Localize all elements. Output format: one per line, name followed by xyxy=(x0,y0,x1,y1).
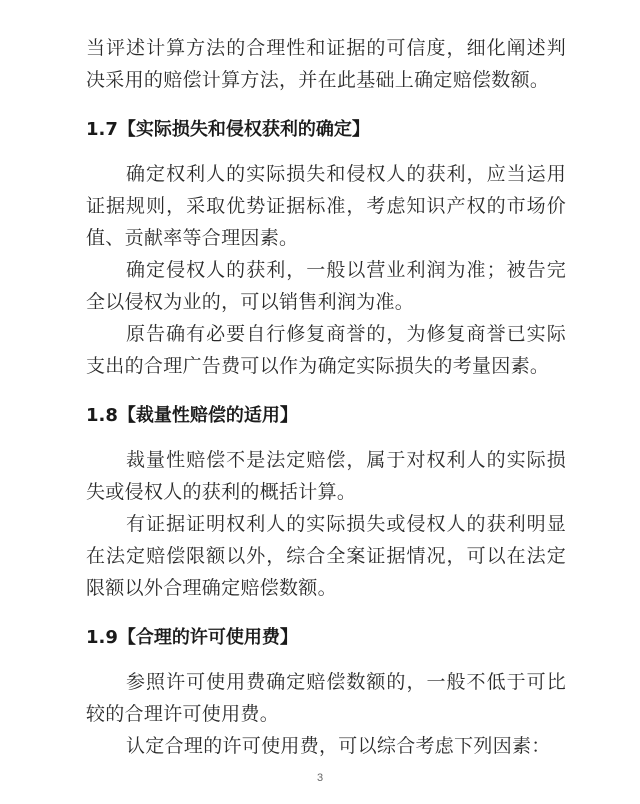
document-page: 当评述计算方法的合理性和证据的可信度，细化阐述判决采用的赔偿计算方法，并在此基础… xyxy=(86,32,566,762)
section-title: 【合理的许可使用费】 xyxy=(118,627,298,648)
paragraph: 确定权利人的实际损失和侵权人的获利，应当运用证据规则，采取优势证据标准，考虑知识… xyxy=(86,158,566,254)
paragraph: 原告确有必要自行修复商誉的，为修复商誉已实际支出的合理广告费可以作为确定实际损失… xyxy=(86,318,566,382)
section-heading-1-7: 1.7【实际损失和侵权获利的确定】 xyxy=(86,116,566,144)
section-heading-1-9: 1.9【合理的许可使用费】 xyxy=(86,624,566,652)
intro-paragraph: 当评述计算方法的合理性和证据的可信度，细化阐述判决采用的赔偿计算方法，并在此基础… xyxy=(86,32,566,96)
paragraph: 确定侵权人的获利，一般以营业利润为准；被告完全以侵权为业的，可以销售利润为准。 xyxy=(86,254,566,318)
section-number: 1.7 xyxy=(86,119,118,140)
section-title: 【裁量性赔偿的适用】 xyxy=(118,405,298,426)
paragraph: 有证据证明权利人的实际损失或侵权人的获利明显在法定赔偿限额以外，综合全案证据情况… xyxy=(86,508,566,604)
section-title: 【实际损失和侵权获利的确定】 xyxy=(118,119,370,140)
paragraph: 认定合理的许可使用费，可以综合考虑下列因素： xyxy=(86,730,566,762)
page-number: 3 xyxy=(0,772,640,784)
section-heading-1-8: 1.8【裁量性赔偿的适用】 xyxy=(86,402,566,430)
paragraph: 参照许可使用费确定赔偿数额的，一般不低于可比较的合理许可使用费。 xyxy=(86,666,566,730)
section-number: 1.9 xyxy=(86,627,118,648)
section-number: 1.8 xyxy=(86,405,118,426)
paragraph: 裁量性赔偿不是法定赔偿，属于对权利人的实际损失或侵权人的获利的概括计算。 xyxy=(86,444,566,508)
